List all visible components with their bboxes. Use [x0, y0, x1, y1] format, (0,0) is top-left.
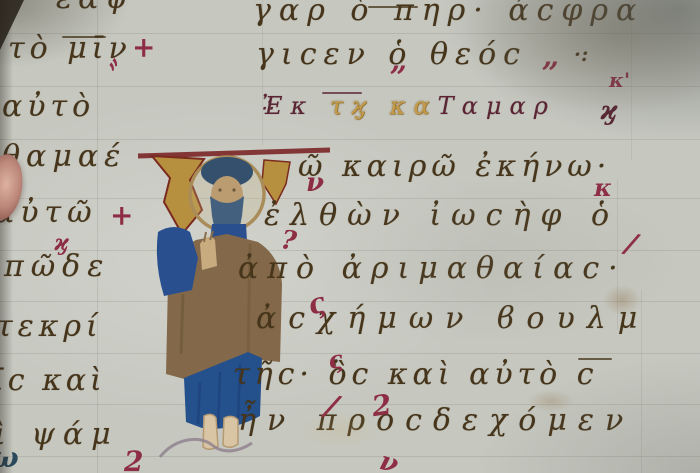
text-line-main-7: τῆϲ· ὃϲ καὶ αὐτὸ ϲ — [233, 360, 599, 390]
red-double-comma-mark: „ — [390, 46, 407, 76]
sleeve — [157, 227, 198, 296]
text-line-left-3: αὐτὸ — [2, 92, 95, 122]
ruling-line — [0, 353, 700, 354]
red-nu-mark: ν — [377, 448, 401, 473]
text-line-main-4: ἐλθὼν ἰωϲὴφ ὁ — [264, 201, 619, 231]
red-kappa-mark: κ — [594, 176, 612, 200]
overline-mark — [368, 6, 418, 8]
red-cross-mark: + — [132, 34, 155, 62]
ink-dots-mark: ·: — [574, 44, 588, 64]
red-slash-mark: / — [623, 229, 640, 259]
text-line-main-8: ἦν προϲδεχόμεν — [238, 406, 634, 436]
red-cross-mark: + — [110, 202, 133, 230]
rubric-start-mark: ∴ — [262, 98, 273, 115]
overline-mark — [322, 92, 362, 94]
red-nu-mark: ν — [306, 170, 324, 196]
rubric-superscript-kappa: κ' — [609, 70, 630, 90]
ruling-line — [97, 0, 98, 473]
rubric-part2: τϗ κα — [330, 92, 438, 120]
text-line-main-3: ῶ καιρῶ ἐκήνω· — [298, 152, 611, 182]
text-line-left-8: ῑϲ καὶ — [0, 366, 106, 396]
text-line-left-6: πῶδε — [4, 252, 110, 282]
rubric-part3: Ταμαρ — [438, 92, 556, 120]
overline-mark — [62, 36, 106, 38]
dark-omega-mark: ω — [0, 444, 19, 472]
text-line-left-7: τεκρί — [0, 312, 103, 342]
text-line-left-1: εαψ — [56, 0, 134, 14]
rubric-flourish: ϗ — [600, 98, 617, 124]
text-line-main-5: ἀπὸ ἀριμαθαίαϲ· — [238, 254, 627, 284]
overline-mark — [578, 358, 612, 360]
red-double-comma-mark: „ — [542, 42, 559, 72]
ruling-line — [0, 456, 700, 457]
foot — [223, 416, 238, 447]
text-line-main-1: γαρ ὁ πηρ· ἀϲφρα — [253, 0, 644, 26]
red-figure-mark: 2 — [124, 448, 143, 473]
red-hook-mark: 2 — [370, 391, 393, 421]
manuscript-page-photo: εαψ τὸ μῑν αὐτὸ θαμαέ αὐτῶ πῶδε τεκρί ῑϲ… — [0, 0, 700, 473]
hand — [200, 237, 217, 270]
rubric-heading: Ἐκ τϗ καΤαμαρ — [262, 94, 556, 118]
red-kai-mark: ϗ — [54, 232, 68, 254]
ruling-line — [0, 86, 700, 87]
